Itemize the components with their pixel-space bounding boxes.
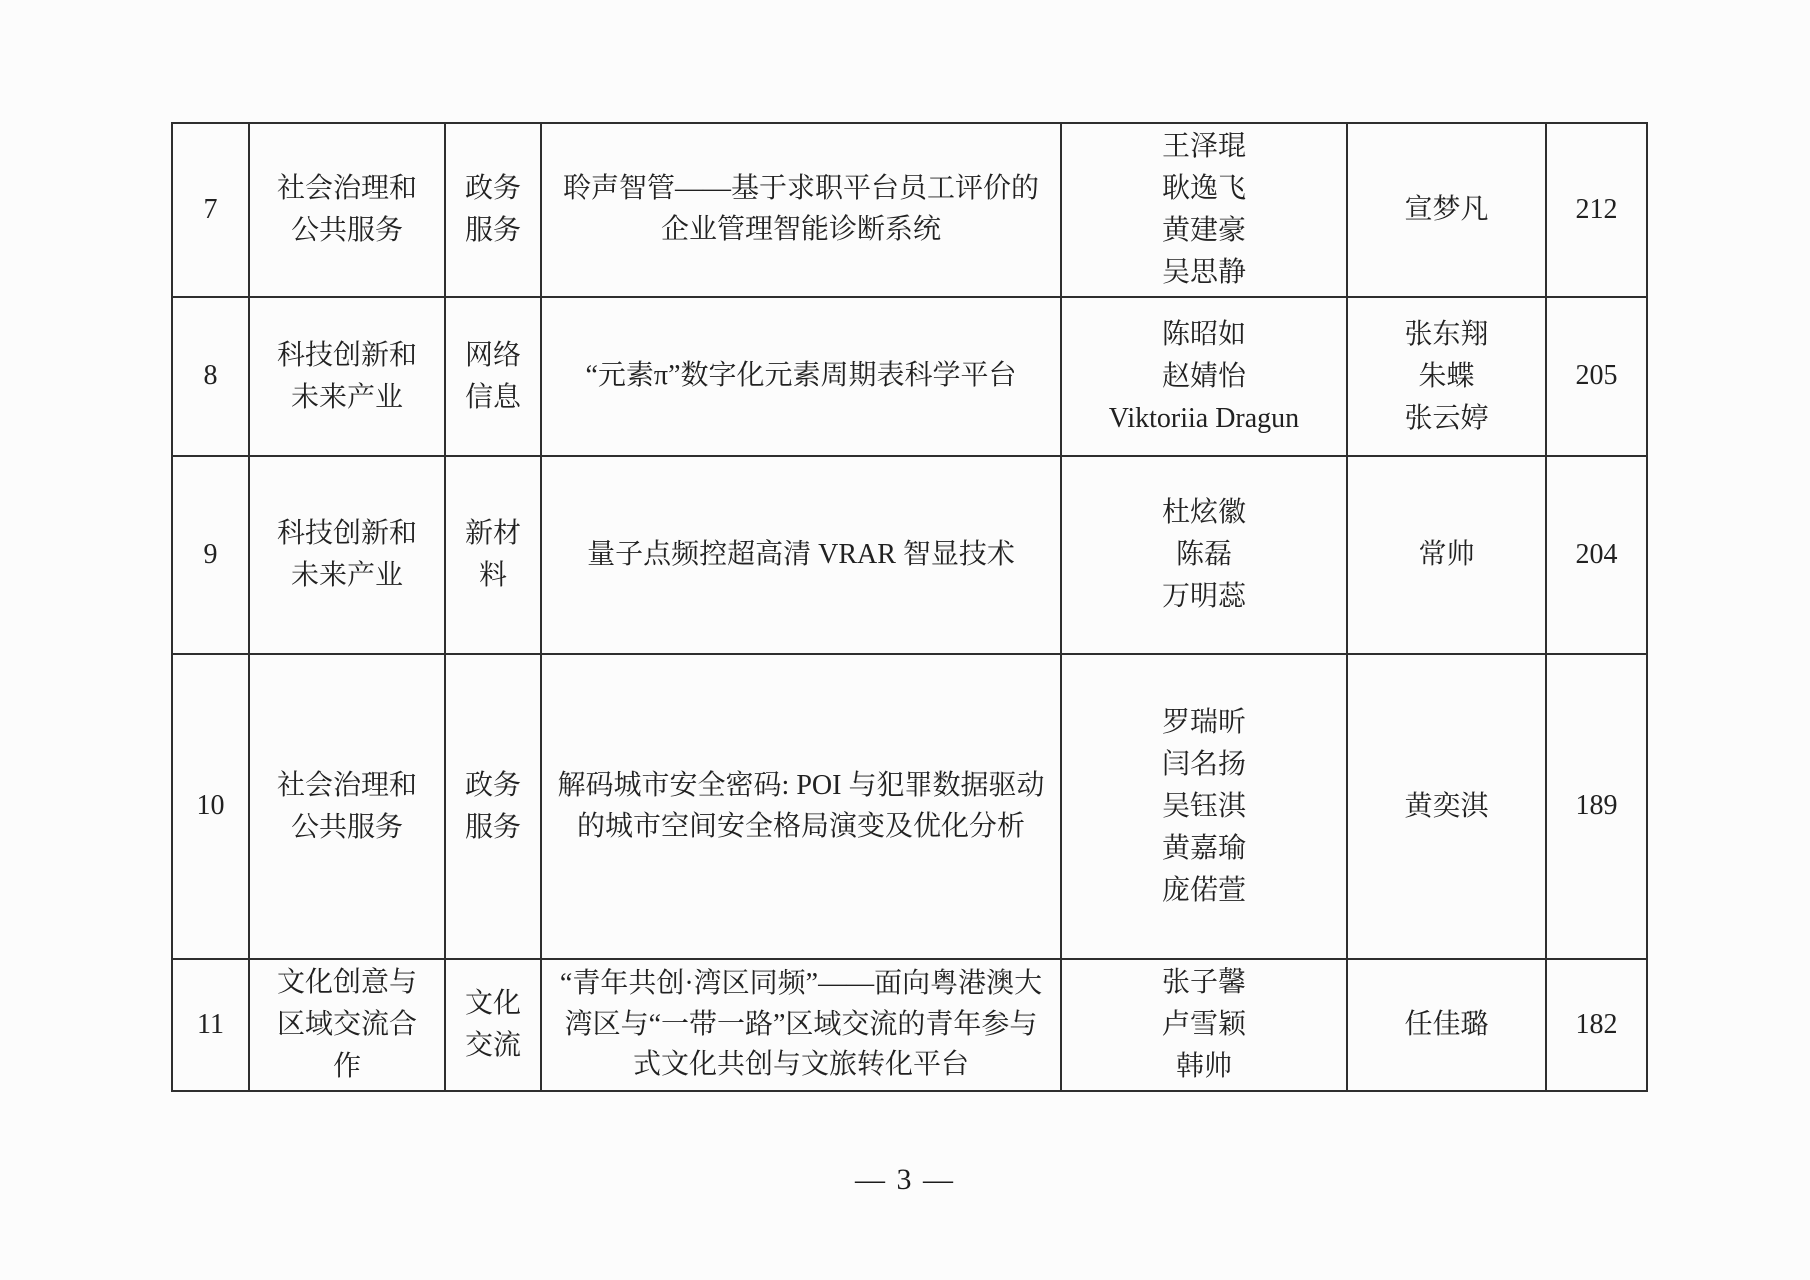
team-members: 张子馨 卢雪颖 韩帅 bbox=[1162, 967, 1246, 1082]
field-cell: 政务服务 bbox=[445, 654, 541, 959]
project-title: 聆声智管——基于求职平台员工评价的企业管理智能诊断系统 bbox=[551, 169, 1051, 250]
field-label: 新材料 bbox=[462, 513, 524, 597]
table-row-8: 8 科技创新和未来产业 网络信息 “元素π”数字化元素周期表科学平台 陈昭如 赵… bbox=[172, 297, 1647, 456]
category-cell: 科技创新和未来产业 bbox=[249, 456, 445, 654]
advisors: 宣梦凡 bbox=[1404, 194, 1488, 225]
team-members: 陈昭如 赵婧怡 Viktoriia Dragun bbox=[1109, 319, 1299, 434]
row-number: 9 bbox=[172, 456, 249, 654]
team-members-cell: 陈昭如 赵婧怡 Viktoriia Dragun bbox=[1061, 297, 1347, 456]
field-cell: 文化交流 bbox=[445, 959, 541, 1091]
category-cell: 文化创意与区域交流合作 bbox=[249, 959, 445, 1091]
row-number: 8 bbox=[172, 297, 249, 456]
team-members-cell: 张子馨 卢雪颖 韩帅 bbox=[1061, 959, 1347, 1091]
row-number: 7 bbox=[172, 123, 249, 297]
project-title-cell: 量子点频控超高清 VRAR 智显技术 bbox=[541, 456, 1061, 654]
score: 212 bbox=[1546, 123, 1647, 297]
advisors-cell: 黄奕淇 bbox=[1347, 654, 1546, 959]
category-label: 社会治理和公共服务 bbox=[271, 168, 423, 252]
page-number: — 3 — bbox=[0, 1163, 1810, 1197]
project-title: “元素π”数字化元素周期表科学平台 bbox=[586, 356, 1017, 397]
award-table: 7 社会治理和公共服务 政务服务 聆声智管——基于求职平台员工评价的企业管理智能… bbox=[171, 122, 1648, 1092]
project-title-cell: 聆声智管——基于求职平台员工评价的企业管理智能诊断系统 bbox=[541, 123, 1061, 297]
project-title: 量子点频控超高清 VRAR 智显技术 bbox=[587, 535, 1015, 576]
score: 205 bbox=[1546, 297, 1647, 456]
advisors-cell: 张东翔 朱蝶 张云婷 bbox=[1347, 297, 1546, 456]
row-number: 11 bbox=[172, 959, 249, 1091]
advisors: 常帅 bbox=[1418, 539, 1474, 570]
advisors-cell: 宣梦凡 bbox=[1347, 123, 1546, 297]
table-row-11: 11 文化创意与区域交流合作 文化交流 “青年共创·湾区同频”——面向粤港澳大湾… bbox=[172, 959, 1647, 1091]
project-title: 解码城市安全密码: POI 与犯罪数据驱动的城市空间安全格局演变及优化分析 bbox=[551, 766, 1051, 847]
category-label: 科技创新和未来产业 bbox=[271, 513, 423, 597]
team-members-cell: 罗瑞昕 闫名扬 吴钰淇 黄嘉瑜 庞偌萱 bbox=[1061, 654, 1347, 959]
score: 182 bbox=[1546, 959, 1647, 1091]
project-title: “青年共创·湾区同频”——面向粤港澳大湾区与“一带一路”区域交流的青年参与式文化… bbox=[551, 964, 1051, 1086]
table-row-7: 7 社会治理和公共服务 政务服务 聆声智管——基于求职平台员工评价的企业管理智能… bbox=[172, 123, 1647, 297]
team-members: 杜炫徽 陈磊 万明蕊 bbox=[1162, 497, 1246, 612]
advisors: 任佳璐 bbox=[1404, 1009, 1488, 1040]
team-members: 王泽琨 耿逸飞 黄建豪 吴思静 bbox=[1162, 131, 1246, 288]
field-cell: 新材料 bbox=[445, 456, 541, 654]
team-members-cell: 杜炫徽 陈磊 万明蕊 bbox=[1061, 456, 1347, 654]
project-title-cell: “元素π”数字化元素周期表科学平台 bbox=[541, 297, 1061, 456]
score: 204 bbox=[1546, 456, 1647, 654]
advisors: 张东翔 朱蝶 张云婷 bbox=[1404, 319, 1488, 434]
category-cell: 社会治理和公共服务 bbox=[249, 123, 445, 297]
category-label: 社会治理和公共服务 bbox=[271, 765, 423, 849]
row-number: 10 bbox=[172, 654, 249, 959]
category-cell: 科技创新和未来产业 bbox=[249, 297, 445, 456]
project-title-cell: 解码城市安全密码: POI 与犯罪数据驱动的城市空间安全格局演变及优化分析 bbox=[541, 654, 1061, 959]
category-label: 文化创意与区域交流合作 bbox=[271, 962, 423, 1088]
team-members: 罗瑞昕 闫名扬 吴钰淇 黄嘉瑜 庞偌萱 bbox=[1162, 707, 1246, 906]
advisors: 黄奕淇 bbox=[1404, 791, 1488, 822]
field-label: 网络信息 bbox=[462, 335, 524, 419]
team-members-cell: 王泽琨 耿逸飞 黄建豪 吴思静 bbox=[1061, 123, 1347, 297]
advisors-cell: 常帅 bbox=[1347, 456, 1546, 654]
table-row-9: 9 科技创新和未来产业 新材料 量子点频控超高清 VRAR 智显技术 杜炫徽 陈… bbox=[172, 456, 1647, 654]
score: 189 bbox=[1546, 654, 1647, 959]
field-label: 政务服务 bbox=[462, 168, 524, 252]
field-label: 政务服务 bbox=[462, 765, 524, 849]
project-title-cell: “青年共创·湾区同频”——面向粤港澳大湾区与“一带一路”区域交流的青年参与式文化… bbox=[541, 959, 1061, 1091]
field-cell: 网络信息 bbox=[445, 297, 541, 456]
field-cell: 政务服务 bbox=[445, 123, 541, 297]
category-cell: 社会治理和公共服务 bbox=[249, 654, 445, 959]
advisors-cell: 任佳璐 bbox=[1347, 959, 1546, 1091]
category-label: 科技创新和未来产业 bbox=[271, 335, 423, 419]
document-page: 7 社会治理和公共服务 政务服务 聆声智管——基于求职平台员工评价的企业管理智能… bbox=[0, 0, 1810, 1280]
field-label: 文化交流 bbox=[462, 983, 524, 1067]
table-row-10: 10 社会治理和公共服务 政务服务 解码城市安全密码: POI 与犯罪数据驱动的… bbox=[172, 654, 1647, 959]
